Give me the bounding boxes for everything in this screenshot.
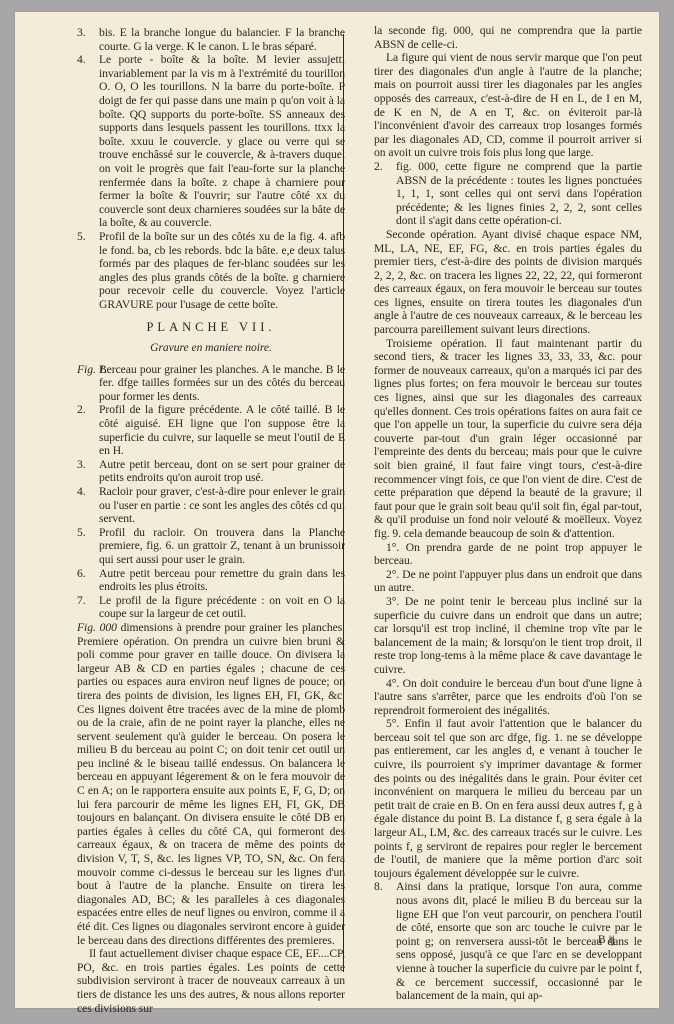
page-sheet: 3. bis. E la branche longue du balancier… [15, 12, 659, 1008]
column-divider [343, 34, 344, 972]
rule-2: 2°. De ne point l'appuyer plus dans un e… [374, 568, 642, 595]
item-text: Profil de la boîte sur un des côtés xu d… [99, 230, 345, 311]
item-4: 4. Le porte - boîte & la boîte. M levier… [77, 53, 345, 230]
seconde-operation: Seconde opération. Ayant divisé chaque e… [374, 228, 642, 337]
rule-5: 5°. Enfin il faut avoir l'attention que … [374, 717, 642, 880]
item-2: 2. fig. 000, cette figure ne comprend qu… [374, 160, 642, 228]
fig-7: 7. Le profil de la figure précédente : o… [77, 594, 345, 621]
item-5: 5. Profil de la boîte sur un des côtés x… [77, 230, 345, 312]
item-text: Le porte - boîte & la boîte. M levier as… [99, 53, 345, 229]
figure-paragraph: La figure qui vient de nous servir marqu… [374, 51, 642, 160]
item-3-bis: 3. bis. E la branche longue du balancier… [77, 26, 345, 53]
rule-3: 3°. De ne point tenir le berceau plus in… [374, 595, 642, 677]
planche-title: PLANCHE VII. [77, 321, 345, 335]
rule-1: 1°. On prendra garde de ne point trop ap… [374, 541, 642, 568]
fig-3: 3. Autre petit berceau, dont on se sert … [77, 458, 345, 485]
fig-6: 6. Autre petit berceau pour remettre du … [77, 567, 345, 594]
fig-000-dimensions: Fig. 000 dimensions à prendre pour grain… [77, 621, 345, 947]
fig-1: Fig. 1. Berceau pour grainer les planche… [77, 363, 345, 404]
fig-2: 2. Profil de la figure précédente. A le … [77, 403, 345, 457]
left-column: 3. bis. E la branche longue du balancier… [77, 26, 345, 1015]
fig-5: 5. Profil du racloir. On trouvera dans l… [77, 526, 345, 567]
fig-4: 4. Racloir pour graver, c'est-à-dire pou… [77, 485, 345, 526]
closing-paragraph: Il faut actuellement diviser chaque espa… [77, 947, 345, 1015]
planche-subtitle: Gravure en maniere noire. [77, 341, 345, 355]
rule-4: 4°. On doit conduire le berceau d'un bou… [374, 677, 642, 718]
page-signature: B ij [598, 933, 615, 946]
continuation-paragraph: la seconde fig. 000, qui ne comprendra q… [374, 24, 642, 51]
right-column: la seconde fig. 000, qui ne comprendra q… [374, 24, 642, 1003]
troisieme-operation: Troisieme opération. Il faut maintenant … [374, 337, 642, 541]
item-text: bis. E la branche longue du balancier. F… [99, 26, 345, 53]
